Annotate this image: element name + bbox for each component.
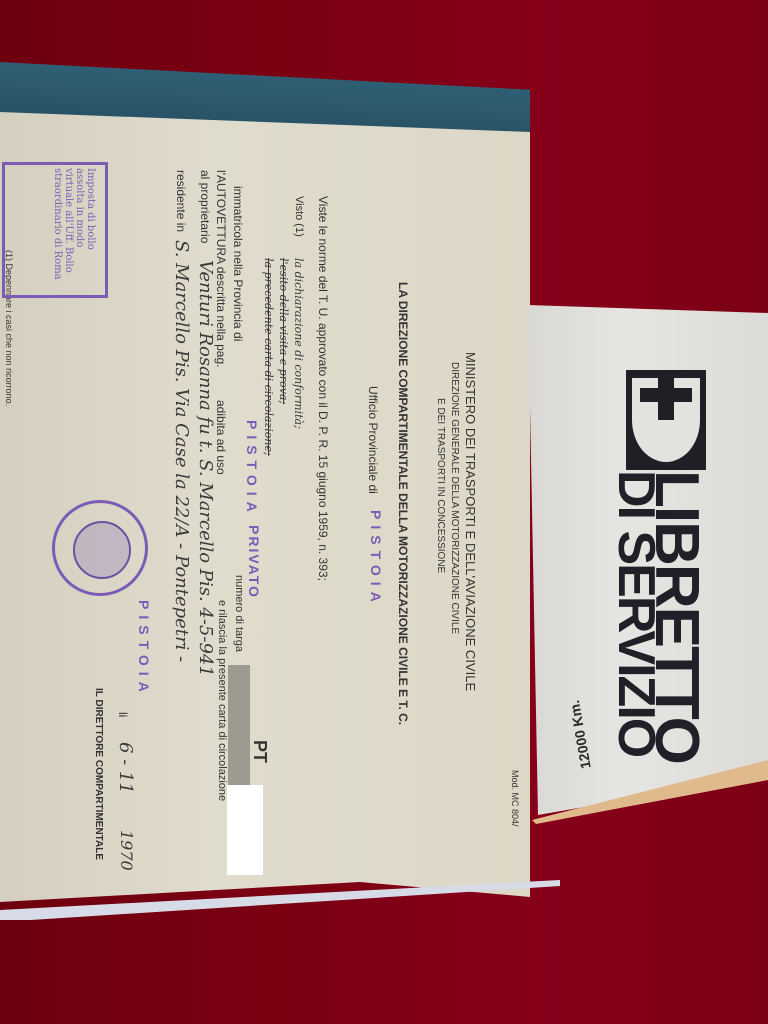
- office-stamp: PISTOIA: [368, 510, 384, 608]
- uso-label: adibita ad uso: [214, 400, 228, 475]
- direction-line: DIREZIONE GENERALE DELLA MOTORIZZAZIONE …: [449, 362, 460, 634]
- date-label: li: [116, 712, 130, 717]
- direction-line-2: E DEI TRASPORTI IN CONCESSIONE: [435, 398, 446, 573]
- rilascia-label: e rilascia la presente carta di circolaz…: [216, 600, 228, 801]
- proprietario-label: al proprietario: [198, 170, 212, 243]
- residence-handwriting: S. Marcello Pis. Via Case la 22/A - Pont…: [171, 240, 192, 662]
- tax-stamp-text: Imposta di bollo assolta in modo virtual…: [52, 168, 96, 288]
- office-label: Ufficio Provinciale di: [366, 386, 380, 494]
- church-cross-logo-icon: [626, 370, 706, 470]
- visto-option-2: l'esito della visita e prova;: [277, 258, 290, 404]
- date-handwriting: 6 - 11: [115, 742, 136, 794]
- immatricola-label: immatricola nella Provincia di: [231, 186, 245, 341]
- official-seal: [52, 500, 148, 596]
- uso-stamp: PRIVATO: [246, 525, 262, 599]
- place-stamp: PISTOIA: [136, 600, 152, 698]
- plate-prefix: PT: [249, 740, 270, 763]
- redacted-plate: [227, 785, 263, 875]
- targa-label: numero di targa: [233, 575, 245, 652]
- visto-option-1: la dichiarazione di conformità;: [292, 258, 305, 429]
- autovettura-label: l'AUTOVETTURA descritta nella pag.: [214, 170, 228, 367]
- visto-label: Visto (1): [293, 196, 305, 237]
- owner-handwriting: Venturi Rosanna fu t. S. Marcello Pis. 4…: [195, 260, 216, 677]
- residente-label: residente in: [174, 170, 188, 232]
- visto-option-3: la precedente carta di circolazione;: [262, 258, 275, 456]
- plate-field: [228, 665, 250, 795]
- booklet-title-line2: DI SERVIZIO: [606, 470, 666, 756]
- province-stamp: PISTOIA: [244, 420, 260, 518]
- signature-title: IL DIRETTORE COMPARTIMENTALE: [93, 688, 104, 860]
- norme-line: Viste le norme del T. U. approvato con i…: [316, 196, 330, 581]
- year-handwriting: 1970: [117, 830, 136, 871]
- form-model: Mod. MC 804/: [510, 770, 520, 827]
- ministry-header: MINISTERO DEI TRASPORTI E DELL'AVIAZIONE…: [463, 352, 478, 691]
- heading: LA DIREZIONE COMPARTIMENTALE DELLA MOTOR…: [396, 282, 410, 725]
